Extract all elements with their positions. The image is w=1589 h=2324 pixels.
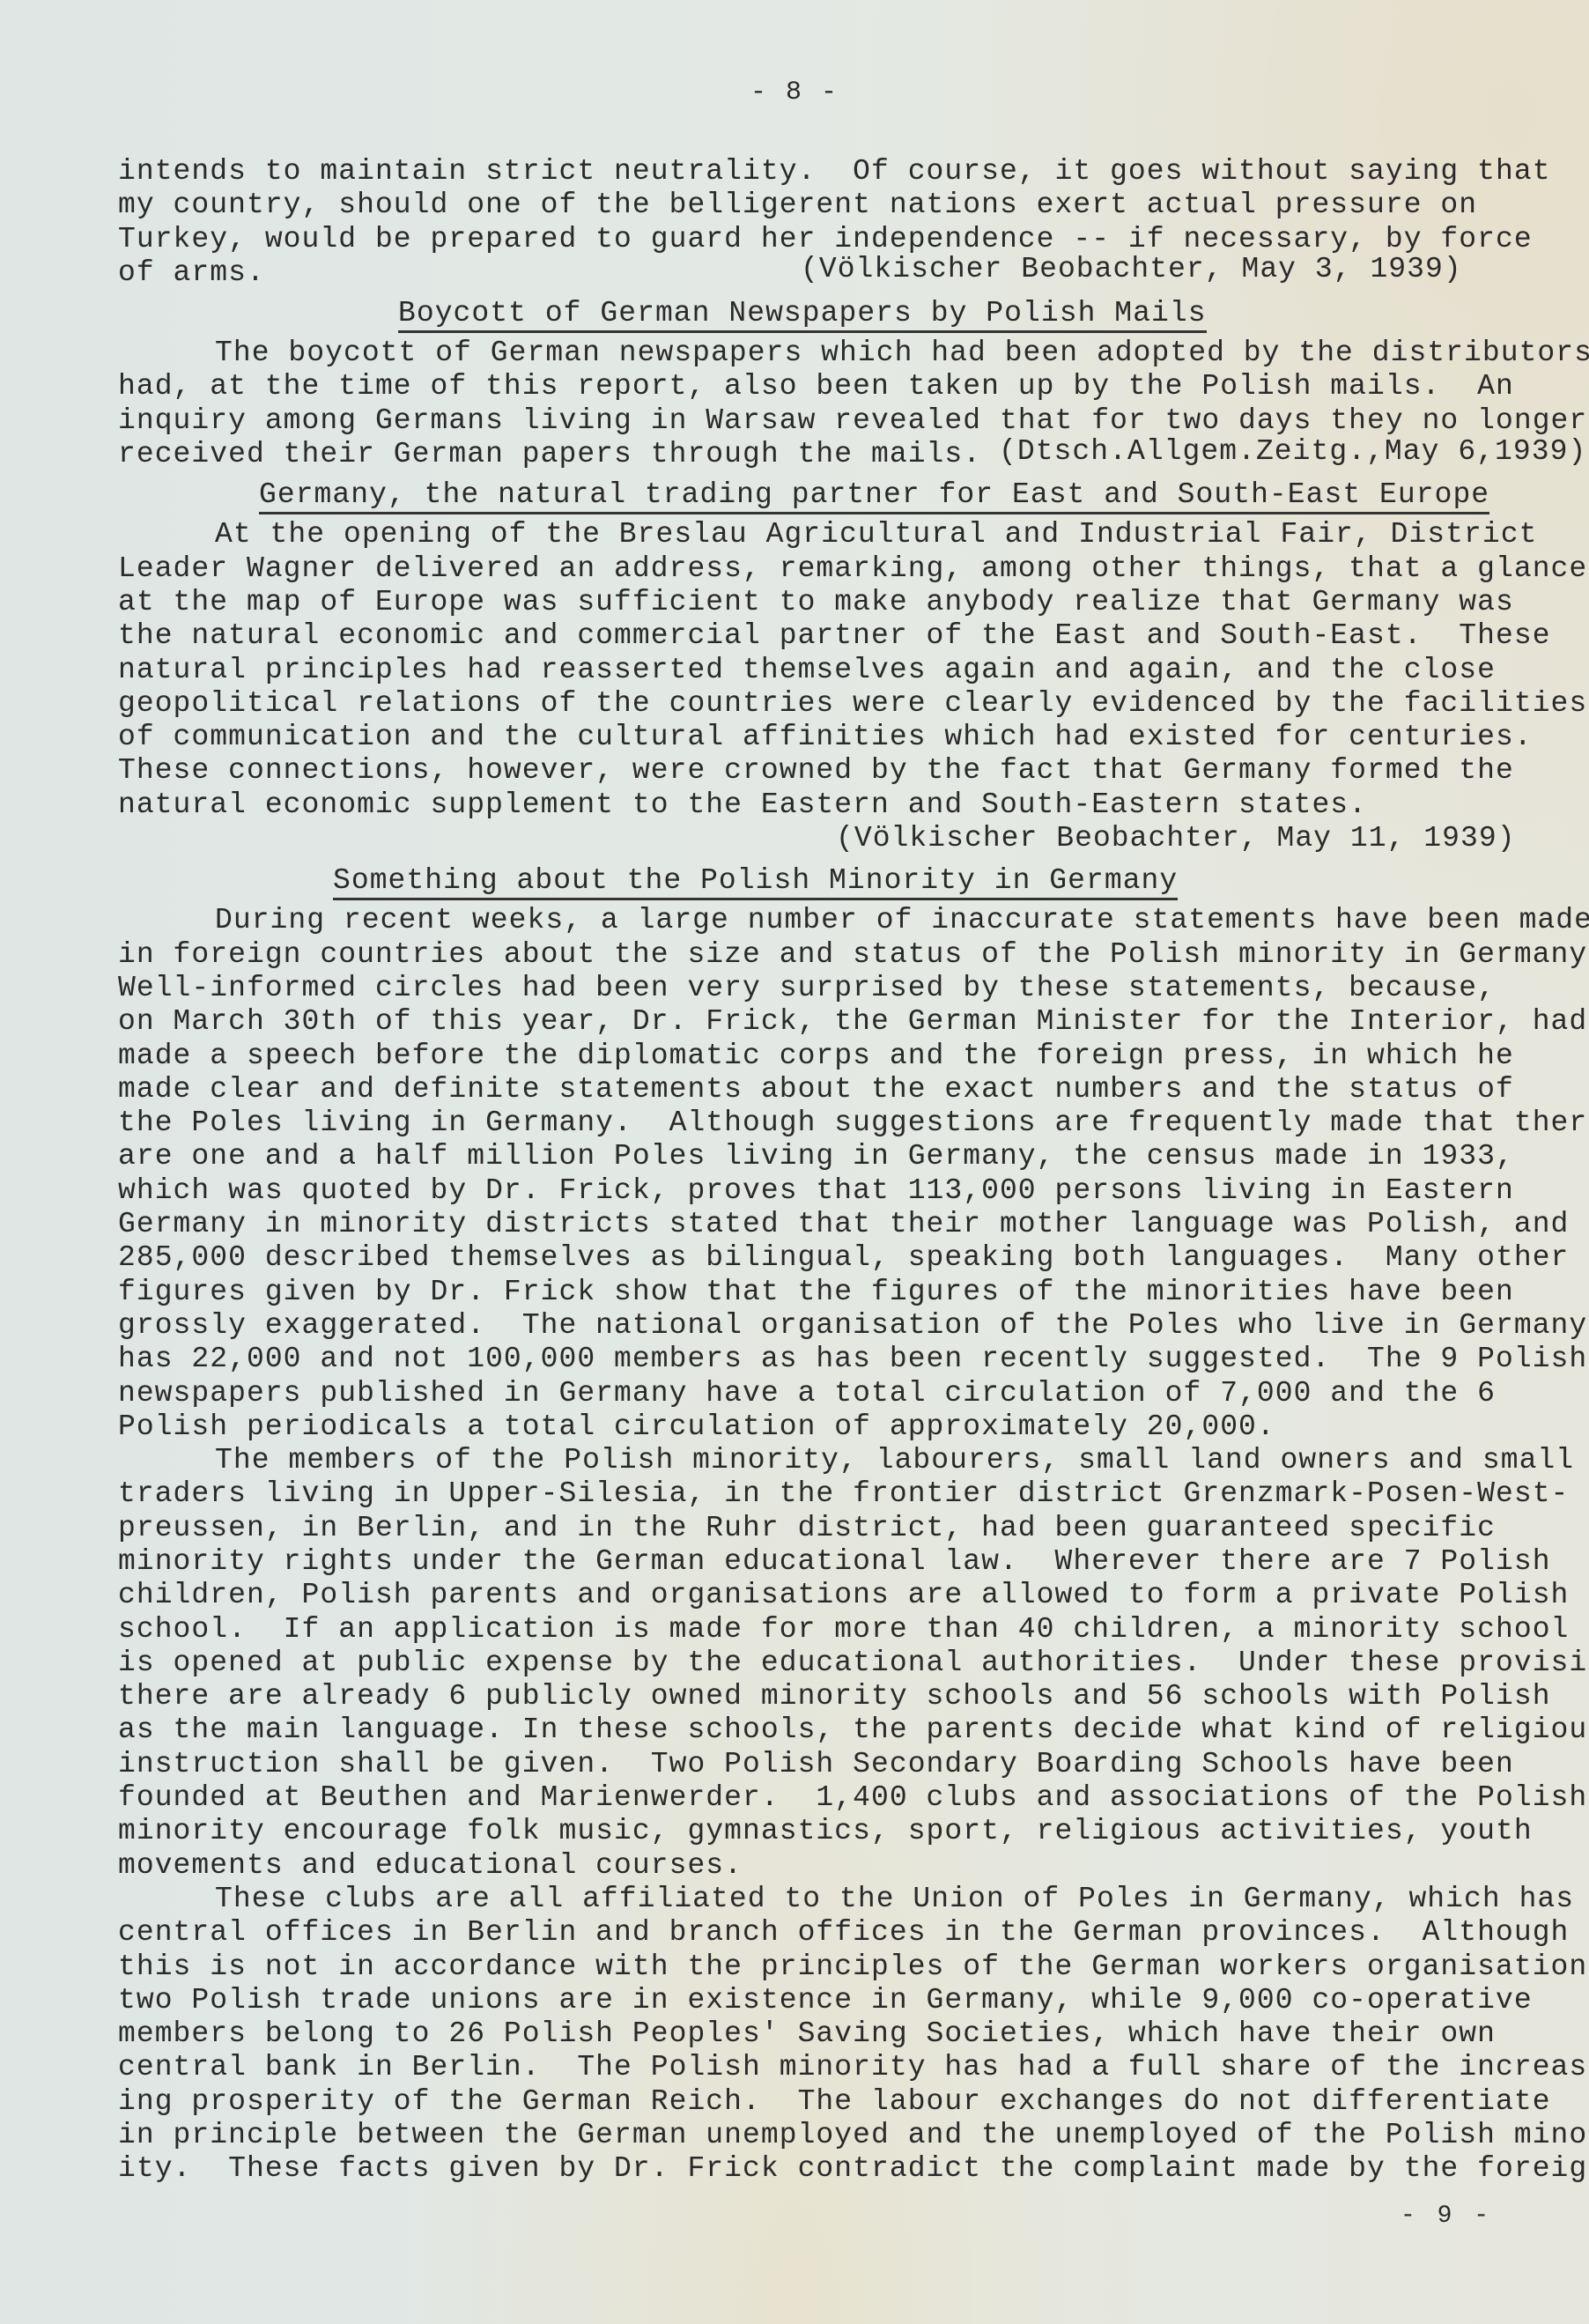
text-line: ity. These facts given by Dr. Frick cont…	[118, 2152, 1563, 2186]
text-line: Turkey, would be prepared to guard her i…	[118, 223, 1563, 256]
text-line: in principle between the German unemploy…	[118, 2119, 1563, 2152]
text-line: preussen, in Berlin, and in the Ruhr dis…	[118, 1512, 1563, 1545]
text-line: natural principles had reasserted themse…	[118, 654, 1563, 687]
text-line: at the map of Europe was sufficient to m…	[118, 586, 1563, 619]
text-line: Well-informed circles had been very surp…	[118, 972, 1563, 1005]
text-line: inquiry among Germans living in Warsaw r…	[118, 404, 1563, 438]
text-line: this is not in accordance with the princ…	[118, 1950, 1563, 1984]
text-line: These clubs are all affiliated to the Un…	[118, 1883, 1563, 1916]
text-line: in foreign countries about the size and …	[118, 938, 1563, 972]
paragraph: The members of the Polish minority, labo…	[118, 1444, 1563, 1883]
text-line: These connections, however, were crowned…	[118, 754, 1563, 788]
text-line: the Poles living in Germany. Although su…	[118, 1106, 1563, 1140]
text-line: made a speech before the diplomatic corp…	[118, 1040, 1563, 1073]
text-line: two Polish trade unions are in existence…	[118, 1984, 1563, 2017]
text-line: Leader Wagner delivered an address, rema…	[118, 552, 1563, 586]
text-line: At the opening of the Breslau Agricultur…	[118, 518, 1563, 551]
text-line: children, Polish parents and organisatio…	[118, 1579, 1563, 1612]
section-heading: Something about the Polish Minority in G…	[333, 864, 1178, 900]
text-line: figures given by Dr. Frick show that the…	[118, 1276, 1563, 1309]
text-line: During recent weeks, a large number of i…	[118, 904, 1563, 937]
section-turkey-continuation: intends to maintain strict neutrality. O…	[118, 155, 1563, 290]
section-polish-minority: Something about the Polish Minority in G…	[118, 864, 1563, 2186]
text-line: movements and educational courses.	[118, 1849, 1563, 1883]
text-line: received their German papers through the…	[118, 438, 981, 471]
paragraph: During recent weeks, a large number of i…	[118, 904, 1563, 1444]
text-line: founded at Beuthen and Marienwerder. 1,4…	[118, 1781, 1563, 1815]
text-line: members belong to 26 Polish Peoples' Sav…	[118, 2017, 1563, 2051]
text-line: ing prosperity of the German Reich. The …	[118, 2085, 1563, 2119]
text-line: intends to maintain strict neutrality. O…	[118, 155, 1563, 189]
text-line: my country, should one of the belligeren…	[118, 189, 1563, 222]
text-line: there are already 6 publicly owned minor…	[118, 1680, 1563, 1713]
text-line: is opened at public expense by the educa…	[118, 1647, 1563, 1680]
text-line: natural economic supplement to the Easte…	[118, 788, 1563, 822]
text-line: The members of the Polish minority, labo…	[118, 1444, 1563, 1477]
section-heading: Boycott of German Newspapers by Polish M…	[398, 297, 1207, 333]
text-line: the natural economic and commercial part…	[118, 619, 1563, 653]
section-boycott: Boycott of German Newspapers by Polish M…	[118, 297, 1563, 471]
document-body: intends to maintain strict neutrality. O…	[118, 155, 1563, 2187]
text-line: minority encourage folk music, gymnastic…	[118, 1815, 1563, 1848]
citation: (Völkischer Beobachter, May 3, 1939)	[801, 253, 1462, 286]
paragraph: These clubs are all affiliated to the Un…	[118, 1883, 1563, 2187]
text-line: 285,000 described themselves as bilingua…	[118, 1241, 1563, 1275]
text-line: instruction shall be given. Two Polish S…	[118, 1748, 1563, 1781]
citation: (Völkischer Beobachter, May 11, 1939)	[118, 822, 1563, 855]
text-line: minority rights under the German educati…	[118, 1545, 1563, 1579]
text-line: traders living in Upper-Silesia, in the …	[118, 1477, 1563, 1511]
text-line: of communication and the cultural affini…	[118, 721, 1563, 754]
text-line: of arms.	[118, 256, 265, 290]
text-line: geopolitical relations of the countries …	[118, 687, 1563, 721]
document-page: - 8 - intends to maintain strict neutral…	[0, 0, 1589, 2324]
text-line: grossly exaggerated. The national organi…	[118, 1309, 1563, 1343]
text-line: school. If an application is made for mo…	[118, 1613, 1563, 1647]
text-line: which was quoted by Dr. Frick, proves th…	[118, 1174, 1563, 1208]
text-line: as the main language. In these schools, …	[118, 1713, 1563, 1747]
section-heading: Germany, the natural trading partner for…	[259, 478, 1489, 514]
text-line: central offices in Berlin and branch off…	[118, 1916, 1563, 1950]
text-line: are one and a half million Poles living …	[118, 1140, 1563, 1173]
text-line: has 22,000 and not 100,000 members as ha…	[118, 1343, 1563, 1376]
text-line: Polish periodicals a total circulation o…	[118, 1410, 1563, 1444]
text-line: newspapers published in Germany have a t…	[118, 1377, 1563, 1410]
page-number-top: - 8 -	[0, 78, 1589, 107]
text-line: on March 30th of this year, Dr. Frick, t…	[118, 1005, 1563, 1039]
text-line: made clear and definite statements about…	[118, 1073, 1563, 1106]
text-line: central bank in Berlin. The Polish minor…	[118, 2051, 1563, 2084]
citation: (Dtsch.Allgem.Zeitg.,May 6,1939)	[999, 435, 1586, 469]
section-trading-partner: Germany, the natural trading partner for…	[118, 478, 1563, 855]
page-number-bottom: - 9 -	[1401, 2202, 1492, 2230]
text-line: had, at the time of this report, also be…	[118, 370, 1563, 403]
text-line: The boycott of German newspapers which h…	[118, 337, 1563, 370]
text-line: Germany in minority districts stated tha…	[118, 1208, 1563, 1241]
